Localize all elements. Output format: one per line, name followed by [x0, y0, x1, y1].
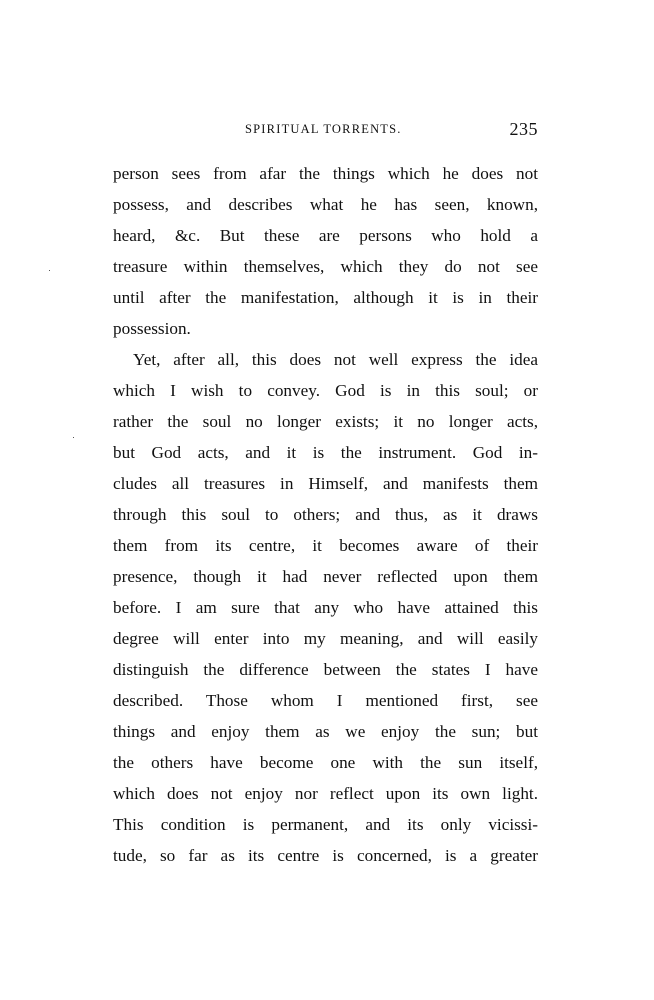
- text-line: rather the soul no longer exists; it no …: [113, 406, 538, 437]
- text-line: which does not enjoy nor reflect upon it…: [113, 778, 538, 809]
- text-line: until after the manifestation, although …: [113, 282, 538, 313]
- text-line: cludes all treasures in Himself, and man…: [113, 468, 538, 499]
- text-line: them from its centre, it becomes aware o…: [113, 530, 538, 561]
- text-line: tude, so far as its centre is concerned,…: [113, 840, 538, 871]
- book-page: SPIRITUAL TORRENTS. 235 person sees from…: [0, 0, 654, 1000]
- running-title: SPIRITUAL TORRENTS.: [245, 118, 402, 140]
- text-line: degree will enter into my meaning, and w…: [113, 623, 538, 654]
- text-line: things and enjoy them as we enjoy the su…: [113, 716, 538, 747]
- text-line: treasure within themselves, which they d…: [113, 251, 538, 282]
- text-line: This condition is permanent, and its onl…: [113, 809, 538, 840]
- text-line: before. I am sure that any who have atta…: [113, 592, 538, 623]
- text-line: person sees from afar the things which h…: [113, 158, 538, 189]
- text-line: described. Those whom I mentioned first,…: [113, 685, 538, 716]
- page-number: 235: [510, 118, 539, 140]
- running-header: SPIRITUAL TORRENTS. 235: [113, 118, 538, 140]
- scan-speck: [49, 270, 50, 271]
- text-line: distinguish the difference between the s…: [113, 654, 538, 685]
- text-line-paragraph-start: Yet, after all, this does not well expre…: [113, 344, 538, 375]
- body-text: person sees from afar the things which h…: [113, 158, 538, 871]
- text-line: which I wish to convey. God is in this s…: [113, 375, 538, 406]
- text-line: but God acts, and it is the instrument. …: [113, 437, 538, 468]
- text-line: the others have become one with the sun …: [113, 747, 538, 778]
- text-line: through this soul to others; and thus, a…: [113, 499, 538, 530]
- text-line: possess, and describes what he has seen,…: [113, 189, 538, 220]
- text-line: heard, &c. But these are persons who hol…: [113, 220, 538, 251]
- text-line-paragraph-end: possession.: [113, 313, 538, 344]
- text-line: presence, though it had never reflected …: [113, 561, 538, 592]
- scan-speck: [73, 437, 74, 438]
